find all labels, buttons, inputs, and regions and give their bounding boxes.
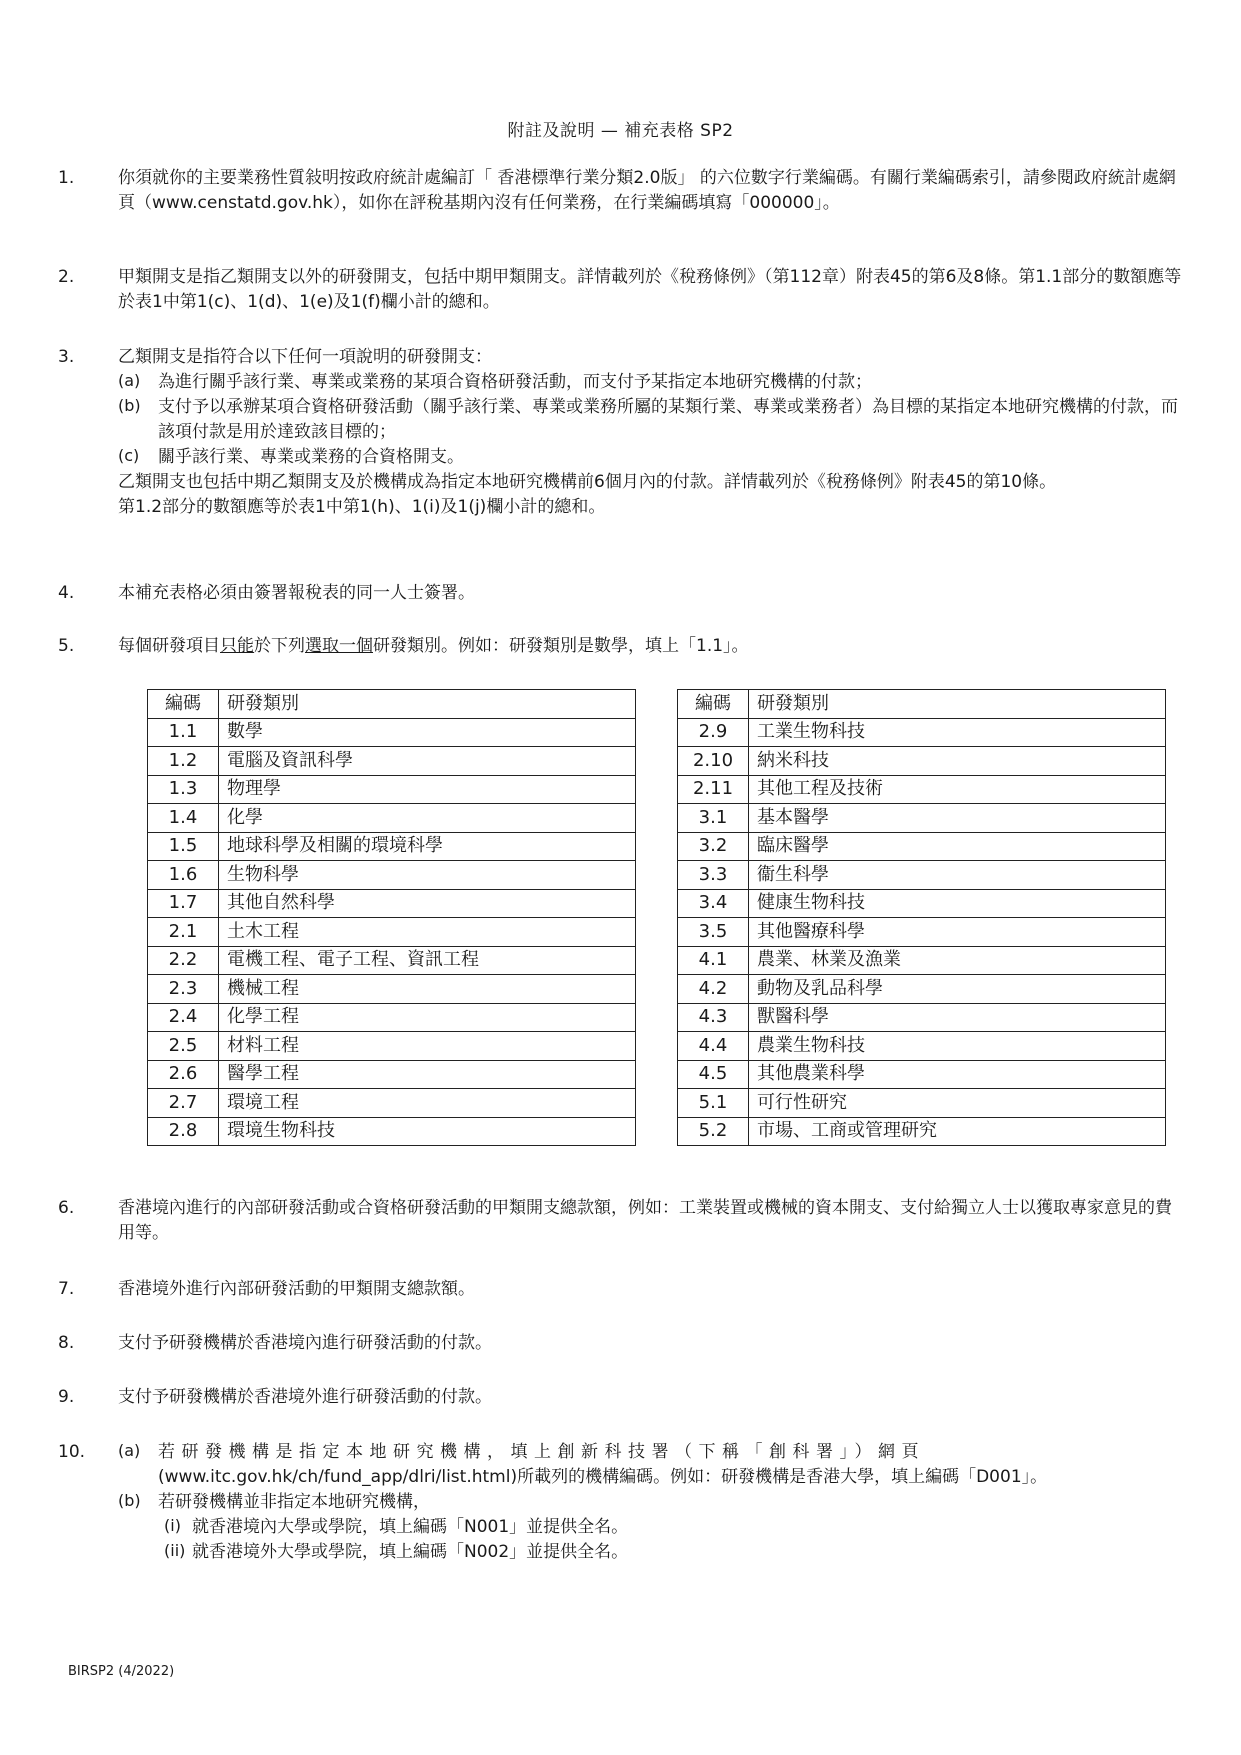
- table-row: 2.1土木工程: [148, 918, 636, 947]
- note-subitem-i: (i) 就香港境內大學或學院，填上編碼「N001」並提供全名。: [118, 1515, 1183, 1540]
- category-name: 農業、林業及漁業: [749, 946, 1166, 975]
- note-text: 香港境內進行的內部研發活動或合資格研發活動的甲類開支總款額，例如：工業裝置或機械…: [118, 1196, 1183, 1246]
- category-name: 生物科學: [219, 861, 636, 890]
- subitem-label: (c): [118, 443, 139, 468]
- note-number: 4.: [58, 581, 98, 606]
- category-name: 基本醫學: [749, 804, 1166, 833]
- category-code: 2.9: [678, 718, 749, 747]
- category-code: 1.5: [148, 832, 219, 861]
- subitem-text: 就香港境內大學或學院，填上編碼「N001」並提供全名。: [192, 1517, 628, 1537]
- note-4: 4. 本補充表格必須由簽署報稅表的同一人士簽署。: [58, 581, 1183, 606]
- subitem-text: 支付予以承辦某項合資格研發活動（關乎該行業、專業或業務所屬的某類行業、專業或業務…: [158, 397, 1178, 442]
- note-paragraph: 乙類開支也包括中期乙類開支及於機構成為指定本地研究機構前6個月內的付款。詳情載列…: [118, 470, 1183, 495]
- category-code: 1.6: [148, 861, 219, 890]
- category-name: 環境生物科技: [219, 1117, 636, 1146]
- category-name: 數學: [219, 718, 636, 747]
- subitem-text: 若研發機構是指定本地研究機構，填上創新科技署（下稱「創科署」）網頁: [158, 1442, 925, 1462]
- table-row: 1.1數學: [148, 718, 636, 747]
- category-code: 3.3: [678, 861, 749, 890]
- note-intro: 乙類開支是指符合以下任何一項說明的研發開支：: [118, 345, 1183, 370]
- table-row: 4.5其他農業科學: [678, 1060, 1166, 1089]
- category-name: 化學工程: [219, 1003, 636, 1032]
- table-header-row: 編碼 研發類別: [678, 690, 1166, 719]
- note-8: 8. 支付予研發機構於香港境內進行研發活動的付款。: [58, 1331, 1183, 1356]
- text-segment: 研發類別。例如：研發類別是數學，填上「1.1」。: [373, 636, 749, 656]
- table-row: 4.3獸醫科學: [678, 1003, 1166, 1032]
- note-1: 1. 你須就你的主要業務性質敍明按政府統計處編訂「 香港標準行業分類2.0版」 …: [58, 166, 1183, 216]
- note-number: 9.: [58, 1385, 98, 1410]
- note-paragraph: 第1.2部分的數額應等於表1中第1(h)、1(i)及1(j)欄小計的總和。: [118, 495, 1183, 520]
- note-2: 2. 甲類開支是指乙類開支以外的研發開支，包括中期甲類開支。詳情載列於《稅務條例…: [58, 265, 1183, 315]
- subitem-label: (a): [118, 368, 140, 393]
- table-row: 3.2臨床醫學: [678, 832, 1166, 861]
- category-name: 地球科學及相關的環境科學: [219, 832, 636, 861]
- table-row: 1.3物理學: [148, 775, 636, 804]
- category-name: 化學: [219, 804, 636, 833]
- category-code: 2.10: [678, 747, 749, 776]
- underlined-text: 只能: [220, 636, 254, 656]
- note-subitem-a: (a) 若研發機構是指定本地研究機構，填上創新科技署（下稱「創科署」）網頁 (w…: [118, 1440, 1183, 1490]
- header-code: 編碼: [148, 690, 219, 719]
- table-row: 3.3衞生科學: [678, 861, 1166, 890]
- category-name: 健康生物科技: [749, 889, 1166, 918]
- subitem-text: (www.itc.gov.hk/ch/fund_app/dlri/list.ht…: [158, 1467, 1047, 1487]
- category-name: 其他工程及技術: [749, 775, 1166, 804]
- table-row: 2.7環境工程: [148, 1089, 636, 1118]
- header-name: 研發類別: [219, 690, 636, 719]
- category-name: 其他農業科學: [749, 1060, 1166, 1089]
- table-row: 2.11其他工程及技術: [678, 775, 1166, 804]
- table-row: 1.4化學: [148, 804, 636, 833]
- note-10: 10. (a) 若研發機構是指定本地研究機構，填上創新科技署（下稱「創科署」）網…: [58, 1440, 1183, 1565]
- category-name: 工業生物科技: [749, 718, 1166, 747]
- table-row: 3.5其他醫療科學: [678, 918, 1166, 947]
- table-row: 2.5材料工程: [148, 1032, 636, 1061]
- note-text: 支付予研發機構於香港境內進行研發活動的付款。: [118, 1331, 1183, 1356]
- note-5: 5. 每個研發項目只能於下列選取一個研發類別。例如：研發類別是數學，填上「1.1…: [58, 634, 1183, 659]
- category-code: 2.3: [148, 975, 219, 1004]
- table-row: 1.7其他自然科學: [148, 889, 636, 918]
- category-name: 其他醫療科學: [749, 918, 1166, 947]
- note-number: 10.: [58, 1440, 98, 1465]
- category-code: 5.2: [678, 1117, 749, 1146]
- form-code-footer: BIRSP2 (4/2022): [68, 1664, 174, 1679]
- category-code: 4.4: [678, 1032, 749, 1061]
- note-subitem-b: (b) 支付予以承辦某項合資格研發活動（關乎該行業、專業或業務所屬的某類行業、專…: [118, 395, 1183, 445]
- table-row: 1.2電腦及資訊科學: [148, 747, 636, 776]
- subitem-text: 為進行關乎該行業、專業或業務的某項合資格研發活動，而支付予某指定本地研究機構的付…: [158, 372, 872, 392]
- table-row: 5.1可行性研究: [678, 1089, 1166, 1118]
- table-row: 4.1農業、林業及漁業: [678, 946, 1166, 975]
- category-name: 衞生科學: [749, 861, 1166, 890]
- note-subitem-ii: (ii) 就香港境外大學或學院，填上編碼「N002」並提供全名。: [118, 1540, 1183, 1565]
- table-row: 2.10納米科技: [678, 747, 1166, 776]
- table-row: 2.6醫學工程: [148, 1060, 636, 1089]
- category-code: 2.1: [148, 918, 219, 947]
- table-row: 2.4化學工程: [148, 1003, 636, 1032]
- table-row: 2.8環境生物科技: [148, 1117, 636, 1146]
- note-text: 你須就你的主要業務性質敍明按政府統計處編訂「 香港標準行業分類2.0版」 的六位…: [118, 166, 1183, 216]
- category-code: 4.2: [678, 975, 749, 1004]
- table-row: 2.2電機工程、電子工程、資訊工程: [148, 946, 636, 975]
- category-name: 醫學工程: [219, 1060, 636, 1089]
- category-code: 2.11: [678, 775, 749, 804]
- header-name: 研發類別: [749, 690, 1166, 719]
- category-code: 1.4: [148, 804, 219, 833]
- category-code: 4.1: [678, 946, 749, 975]
- subitem-label: (b): [118, 1488, 141, 1513]
- note-7: 7. 香港境外進行內部研發活動的甲類開支總款額。: [58, 1277, 1183, 1302]
- category-code: 2.7: [148, 1089, 219, 1118]
- table-row: 5.2市場、工商或管理研究: [678, 1117, 1166, 1146]
- note-text: 香港境外進行內部研發活動的甲類開支總款額。: [118, 1277, 1183, 1302]
- note-number: 5.: [58, 634, 98, 659]
- category-name: 電機工程、電子工程、資訊工程: [219, 946, 636, 975]
- category-code: 1.2: [148, 747, 219, 776]
- category-code: 2.8: [148, 1117, 219, 1146]
- category-name: 可行性研究: [749, 1089, 1166, 1118]
- category-code: 4.3: [678, 1003, 749, 1032]
- table-row: 2.3機械工程: [148, 975, 636, 1004]
- subitem-text: 關乎該行業、專業或業務的合資格開支。: [158, 447, 464, 467]
- category-table-left: 編碼 研發類別 1.1數學1.2電腦及資訊科學1.3物理學1.4化學1.5地球科…: [147, 689, 636, 1146]
- category-name: 物理學: [219, 775, 636, 804]
- note-number: 6.: [58, 1196, 98, 1221]
- note-subitem-c: (c) 關乎該行業、專業或業務的合資格開支。: [118, 445, 1183, 470]
- text-segment: 每個研發項目: [118, 636, 220, 656]
- category-code: 3.5: [678, 918, 749, 947]
- category-name: 電腦及資訊科學: [219, 747, 636, 776]
- note-subitem-a: (a) 為進行關乎該行業、專業或業務的某項合資格研發活動，而支付予某指定本地研究…: [118, 370, 1183, 395]
- note-text: 支付予研發機構於香港境外進行研發活動的付款。: [118, 1385, 1183, 1410]
- header-code: 編碼: [678, 690, 749, 719]
- note-number: 7.: [58, 1277, 98, 1302]
- category-code: 2.5: [148, 1032, 219, 1061]
- category-code: 1.1: [148, 718, 219, 747]
- note-3: 3. 乙類開支是指符合以下任何一項說明的研發開支： (a) 為進行關乎該行業、專…: [58, 345, 1183, 520]
- table-row: 4.4農業生物科技: [678, 1032, 1166, 1061]
- note-number: 1.: [58, 166, 98, 191]
- category-name: 其他自然科學: [219, 889, 636, 918]
- category-code: 1.7: [148, 889, 219, 918]
- table-row: 1.5地球科學及相關的環境科學: [148, 832, 636, 861]
- note-number: 2.: [58, 265, 98, 290]
- page-title: 附註及說明 — 補充表格 SP2: [0, 116, 1241, 141]
- note-subitem-b: (b) 若研發機構並非指定本地研究機構，: [118, 1490, 1183, 1515]
- category-code: 1.3: [148, 775, 219, 804]
- category-code: 3.4: [678, 889, 749, 918]
- subitem-label: (i): [164, 1513, 181, 1538]
- table-row: 1.6生物科學: [148, 861, 636, 890]
- underlined-text: 選取一個: [305, 636, 373, 656]
- note-text: 每個研發項目只能於下列選取一個研發類別。例如：研發類別是數學，填上「1.1」。: [118, 634, 1183, 659]
- category-code: 2.2: [148, 946, 219, 975]
- category-name: 材料工程: [219, 1032, 636, 1061]
- category-name: 獸醫科學: [749, 1003, 1166, 1032]
- category-name: 市場、工商或管理研究: [749, 1117, 1166, 1146]
- category-code: 3.1: [678, 804, 749, 833]
- table-row: 2.9工業生物科技: [678, 718, 1166, 747]
- category-code: 4.5: [678, 1060, 749, 1089]
- subitem-text: 若研發機構並非指定本地研究機構，: [158, 1492, 430, 1512]
- category-name: 納米科技: [749, 747, 1166, 776]
- text-segment: 於下列: [254, 636, 305, 656]
- note-9: 9. 支付予研發機構於香港境外進行研發活動的付款。: [58, 1385, 1183, 1410]
- table-row: 3.4健康生物科技: [678, 889, 1166, 918]
- category-table-right: 編碼 研發類別 2.9工業生物科技2.10納米科技2.11其他工程及技術3.1基…: [677, 689, 1166, 1146]
- category-code: 3.2: [678, 832, 749, 861]
- note-text: 甲類開支是指乙類開支以外的研發開支，包括中期甲類開支。詳情載列於《稅務條例》（第…: [118, 265, 1183, 315]
- category-name: 土木工程: [219, 918, 636, 947]
- category-code: 5.1: [678, 1089, 749, 1118]
- table-row: 3.1基本醫學: [678, 804, 1166, 833]
- subitem-text: 就香港境外大學或學院，填上編碼「N002」並提供全名。: [192, 1542, 628, 1562]
- category-name: 臨床醫學: [749, 832, 1166, 861]
- category-name: 農業生物科技: [749, 1032, 1166, 1061]
- note-6: 6. 香港境內進行的內部研發活動或合資格研發活動的甲類開支總款額，例如：工業裝置…: [58, 1196, 1183, 1246]
- category-name: 動物及乳品科學: [749, 975, 1166, 1004]
- category-name: 機械工程: [219, 975, 636, 1004]
- table-row: 4.2動物及乳品科學: [678, 975, 1166, 1004]
- table-header-row: 編碼 研發類別: [148, 690, 636, 719]
- note-text: 本補充表格必須由簽署報稅表的同一人士簽署。: [118, 581, 1183, 606]
- category-code: 2.6: [148, 1060, 219, 1089]
- category-name: 環境工程: [219, 1089, 636, 1118]
- subitem-label: (b): [118, 393, 141, 418]
- note-number: 8.: [58, 1331, 98, 1356]
- subitem-label: (a): [118, 1438, 140, 1463]
- note-number: 3.: [58, 345, 98, 370]
- category-code: 2.4: [148, 1003, 219, 1032]
- subitem-label: (ii): [164, 1538, 185, 1563]
